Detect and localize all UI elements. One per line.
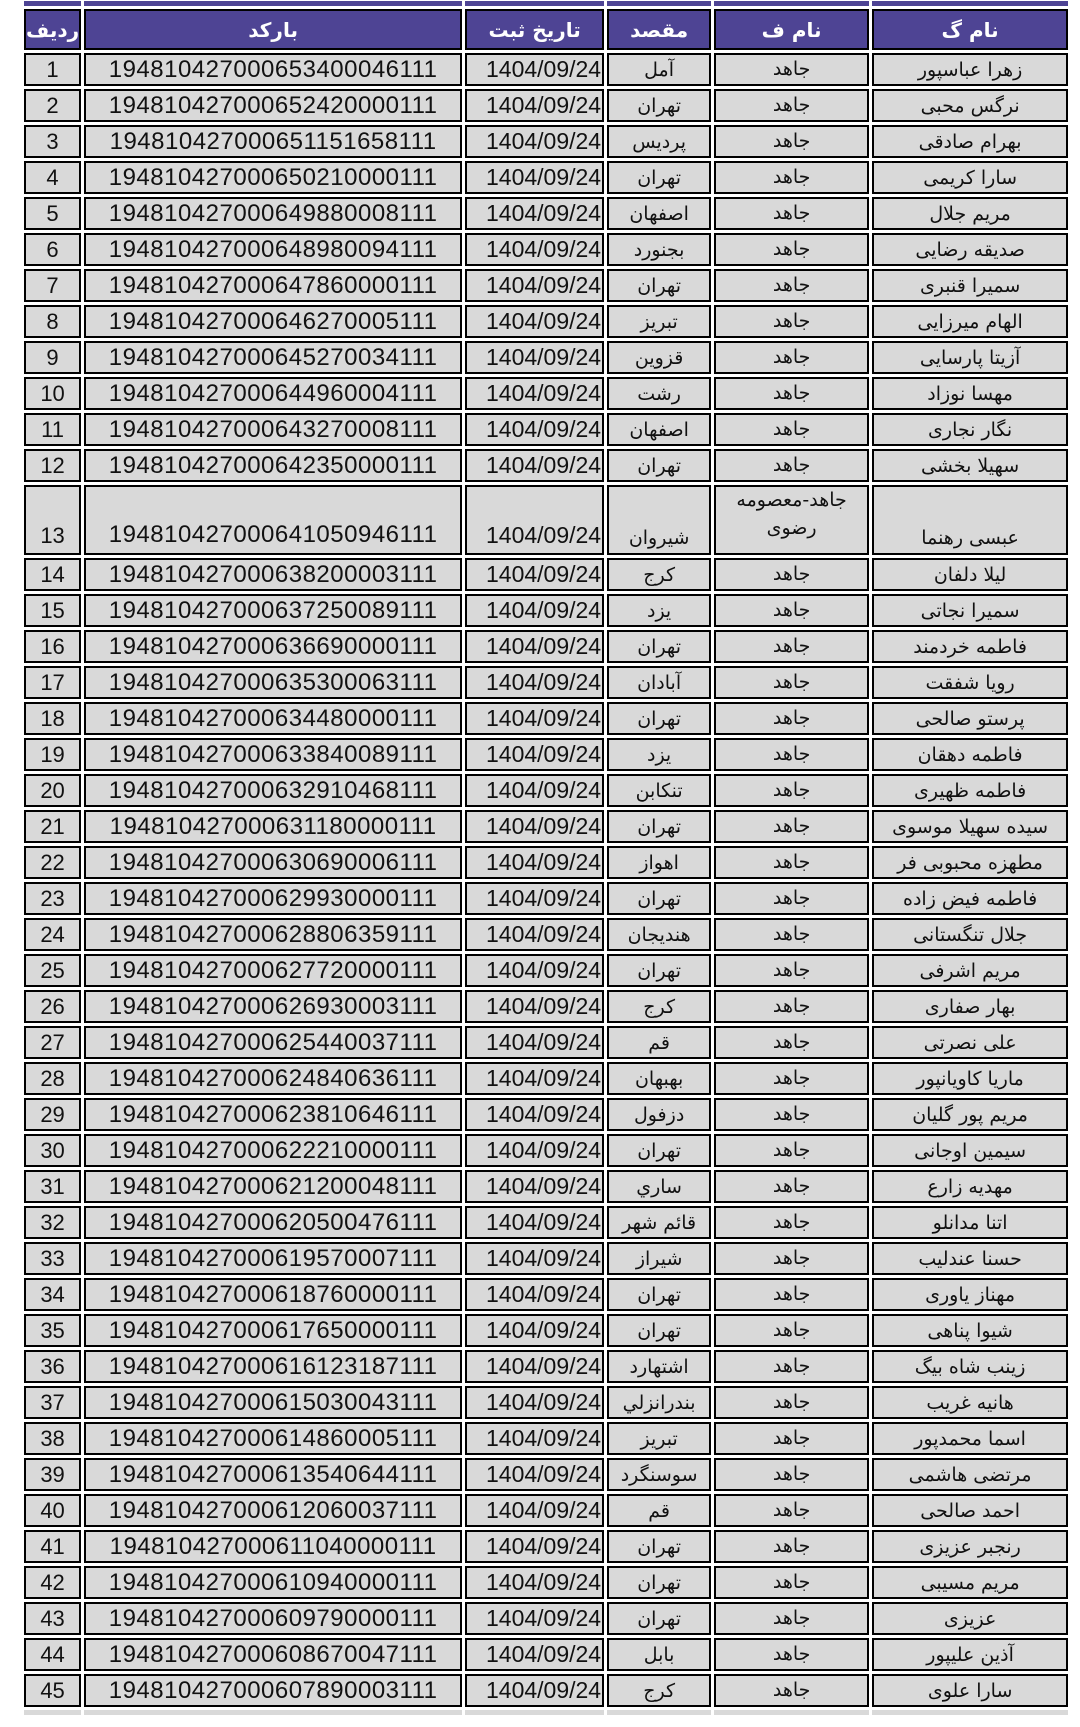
- table-row: 10 194810427000644960004111 1404/09/24 ر…: [24, 377, 1068, 410]
- cell-row-number: 34: [24, 1278, 81, 1311]
- cell-destination: آمل: [607, 53, 711, 86]
- cell-row-number: 14: [24, 558, 81, 591]
- cell-destination: قم: [607, 1026, 711, 1059]
- column-header-first-name: نام ف: [714, 9, 869, 50]
- previous-page-header-cutoff: [24, 1, 1068, 6]
- strip-cell: [24, 1710, 81, 1715]
- cell-first-name: جاهد: [714, 774, 869, 807]
- cell-barcode: 194810427000627720000111: [84, 954, 462, 987]
- cell-destination: تهران: [607, 161, 711, 194]
- strip-cell: [872, 1, 1068, 6]
- cell-destination: اصفهان: [607, 197, 711, 230]
- cell-last-name: زینب شاه بیگ: [872, 1350, 1068, 1383]
- cell-register-date: 1404/09/24: [465, 738, 604, 771]
- cell-row-number: 30: [24, 1134, 81, 1167]
- cell-barcode: 194810427000610940000111: [84, 1566, 462, 1599]
- cell-row-number: 23: [24, 882, 81, 915]
- cell-barcode: 194810427000624840636111: [84, 1062, 462, 1095]
- cell-register-date: 1404/09/24: [465, 666, 604, 699]
- cell-first-name: جاهد: [714, 269, 869, 302]
- table-row: 23 194810427000629930000111 1404/09/24 ت…: [24, 882, 1068, 915]
- cell-register-date: 1404/09/24: [465, 341, 604, 374]
- table-row: 12 194810427000642350000111 1404/09/24 ت…: [24, 449, 1068, 482]
- cell-register-date: 1404/09/24: [465, 1314, 604, 1347]
- cell-barcode: 194810427000637250089111: [84, 594, 462, 627]
- cell-row-number: 44: [24, 1638, 81, 1671]
- cell-first-name: جاهد: [714, 738, 869, 771]
- table-row: 32 194810427000620500476111 1404/09/24 ق…: [24, 1206, 1068, 1239]
- cell-row-number: 6: [24, 233, 81, 266]
- cell-register-date: 1404/09/24: [465, 1386, 604, 1419]
- cell-row-number: 16: [24, 630, 81, 663]
- cell-row-number: 45: [24, 1674, 81, 1707]
- table-row: 40 194810427000612060037111 1404/09/24 ق…: [24, 1494, 1068, 1527]
- cell-destination: ساري: [607, 1170, 711, 1203]
- strip-cell: [872, 1710, 1068, 1715]
- cell-row-number: 11: [24, 413, 81, 446]
- cell-barcode: 194810427000621200048111: [84, 1170, 462, 1203]
- cell-register-date: 1404/09/24: [465, 89, 604, 122]
- cell-first-name: جاهد: [714, 558, 869, 591]
- cell-last-name: ماریا کاویانپور: [872, 1062, 1068, 1095]
- cell-row-number: 25: [24, 954, 81, 987]
- cell-last-name: حسنا عندلیب: [872, 1242, 1068, 1275]
- cell-register-date: 1404/09/24: [465, 1674, 604, 1707]
- cell-destination: تهران: [607, 1530, 711, 1563]
- cell-row-number: 28: [24, 1062, 81, 1095]
- cell-barcode: 194810427000625440037111: [84, 1026, 462, 1059]
- cell-last-name: شیوا پناهی: [872, 1314, 1068, 1347]
- cell-first-name: جاهد: [714, 413, 869, 446]
- cell-row-number: 3: [24, 125, 81, 158]
- cell-last-name: بهرام صادقی: [872, 125, 1068, 158]
- cell-first-name: جاهد: [714, 341, 869, 374]
- cell-row-number: 42: [24, 1566, 81, 1599]
- cell-first-name: جاهد: [714, 810, 869, 843]
- table-row: 9 194810427000645270034111 1404/09/24 قز…: [24, 341, 1068, 374]
- table-row: 24 194810427000628806359111 1404/09/24 ه…: [24, 918, 1068, 951]
- table-row: 5 194810427000649880008111 1404/09/24 اص…: [24, 197, 1068, 230]
- table-row: 3 194810427000651151658111 1404/09/24 پر…: [24, 125, 1068, 158]
- cell-register-date: 1404/09/24: [465, 1602, 604, 1635]
- cell-barcode: 194810427000647860000111: [84, 269, 462, 302]
- table-row: 44 194810427000608670047111 1404/09/24 ب…: [24, 1638, 1068, 1671]
- cell-register-date: 1404/09/24: [465, 918, 604, 951]
- cell-last-name: مرتضی هاشمی: [872, 1458, 1068, 1491]
- table-row: 28 194810427000624840636111 1404/09/24 ب…: [24, 1062, 1068, 1095]
- column-header-row-number: ردیف: [24, 9, 81, 50]
- cell-barcode: 194810427000648980094111: [84, 233, 462, 266]
- cell-destination: قم: [607, 1494, 711, 1527]
- cell-row-number: 9: [24, 341, 81, 374]
- cell-register-date: 1404/09/24: [465, 125, 604, 158]
- cell-barcode: 194810427000615030043111: [84, 1386, 462, 1419]
- cell-destination: تهران: [607, 89, 711, 122]
- table-row: 18 194810427000634480000111 1404/09/24 ت…: [24, 702, 1068, 735]
- cell-first-name: جاهد: [714, 594, 869, 627]
- cell-barcode: 194810427000633840089111: [84, 738, 462, 771]
- cell-register-date: 1404/09/24: [465, 1566, 604, 1599]
- cell-register-date: 1404/09/24: [465, 1026, 604, 1059]
- cell-last-name: سارا کریمی: [872, 161, 1068, 194]
- cell-destination: کرج: [607, 1674, 711, 1707]
- cell-destination: شیراز: [607, 1242, 711, 1275]
- table-row: 43 194810427000609790000111 1404/09/24 ت…: [24, 1602, 1068, 1635]
- cell-last-name: مریم جلال: [872, 197, 1068, 230]
- cell-destination: کرج: [607, 558, 711, 591]
- cell-first-name: جاهد: [714, 666, 869, 699]
- cell-register-date: 1404/09/24: [465, 377, 604, 410]
- cell-last-name: مهناز یاوری: [872, 1278, 1068, 1311]
- table-row: 33 194810427000619570007111 1404/09/24 ش…: [24, 1242, 1068, 1275]
- cell-row-number: 20: [24, 774, 81, 807]
- cell-first-name: جاهد: [714, 1530, 869, 1563]
- cell-last-name: سمیرا نجاتی: [872, 594, 1068, 627]
- cell-row-number: 38: [24, 1422, 81, 1455]
- cell-destination: تهران: [607, 1134, 711, 1167]
- cell-register-date: 1404/09/24: [465, 1422, 604, 1455]
- cell-last-name: سهیلا بخشی: [872, 449, 1068, 482]
- cell-first-name: جاهد: [714, 305, 869, 338]
- next-row-cutoff: [24, 1710, 1068, 1715]
- shipments-table: ردیف بارکد تاریخ ثبت مقصد نام ف نام گ 1 …: [21, 0, 1071, 1718]
- cell-destination: تهران: [607, 1278, 711, 1311]
- cell-destination: اشتهارد: [607, 1350, 711, 1383]
- cell-last-name: سمیرا قنبری: [872, 269, 1068, 302]
- cell-row-number: 36: [24, 1350, 81, 1383]
- cell-destination: اصفهان: [607, 413, 711, 446]
- table-row: 21 194810427000631180000111 1404/09/24 ت…: [24, 810, 1068, 843]
- cell-barcode: 194810427000609790000111: [84, 1602, 462, 1635]
- cell-register-date: 1404/09/24: [465, 630, 604, 663]
- cell-barcode: 194810427000612060037111: [84, 1494, 462, 1527]
- cell-destination: بابل: [607, 1638, 711, 1671]
- column-header-last-name: نام گ: [872, 9, 1068, 50]
- cell-barcode: 194810427000607890003111: [84, 1674, 462, 1707]
- cell-barcode: 194810427000620500476111: [84, 1206, 462, 1239]
- cell-last-name: مریم مسیبی: [872, 1566, 1068, 1599]
- cell-destination: سوسنگرد: [607, 1458, 711, 1491]
- cell-first-name: جاهد: [714, 161, 869, 194]
- cell-last-name: صدیقه رضایی: [872, 233, 1068, 266]
- cell-row-number: 31: [24, 1170, 81, 1203]
- cell-row-number: 40: [24, 1494, 81, 1527]
- header-row: ردیف بارکد تاریخ ثبت مقصد نام ف نام گ: [24, 9, 1068, 50]
- cell-row-number: 21: [24, 810, 81, 843]
- cell-row-number: 32: [24, 1206, 81, 1239]
- cell-register-date: 1404/09/24: [465, 1242, 604, 1275]
- cell-destination: تبریز: [607, 1422, 711, 1455]
- cell-first-name: جاهد: [714, 233, 869, 266]
- cell-row-number: 12: [24, 449, 81, 482]
- cell-row-number: 41: [24, 1530, 81, 1563]
- table-row: 7 194810427000647860000111 1404/09/24 ته…: [24, 269, 1068, 302]
- cell-destination: تهران: [607, 630, 711, 663]
- cell-register-date: 1404/09/24: [465, 1098, 604, 1131]
- cell-first-name: جاهد: [714, 954, 869, 987]
- cell-first-name: جاهد: [714, 1386, 869, 1419]
- table-row: 19 194810427000633840089111 1404/09/24 ی…: [24, 738, 1068, 771]
- cell-barcode: 194810427000614860005111: [84, 1422, 462, 1455]
- cell-last-name: نگار نجاری: [872, 413, 1068, 446]
- cell-first-name: جاهد: [714, 449, 869, 482]
- cell-first-name: جاهد: [714, 1566, 869, 1599]
- cell-barcode: 194810427000653400046111: [84, 53, 462, 86]
- table-row: 26 194810427000626930003111 1404/09/24 ک…: [24, 990, 1068, 1023]
- cell-destination: هندیجان: [607, 918, 711, 951]
- cell-first-name: جاهد: [714, 1314, 869, 1347]
- cell-row-number: 19: [24, 738, 81, 771]
- strip-cell: [607, 1710, 711, 1715]
- cell-last-name: سیمین اوجانی: [872, 1134, 1068, 1167]
- cell-register-date: 1404/09/24: [465, 774, 604, 807]
- cell-register-date: 1404/09/24: [465, 1350, 604, 1383]
- cell-row-number: 17: [24, 666, 81, 699]
- cell-destination: آبادان: [607, 666, 711, 699]
- cell-destination: تهران: [607, 1602, 711, 1635]
- cell-barcode: 194810427000652420000111: [84, 89, 462, 122]
- cell-first-name: جاهد: [714, 1494, 869, 1527]
- cell-row-number: 24: [24, 918, 81, 951]
- cell-first-name: جاهد: [714, 1638, 869, 1671]
- cell-row-number: 18: [24, 702, 81, 735]
- cell-barcode: 194810427000630690006111: [84, 846, 462, 879]
- cell-first-name: جاهد: [714, 1602, 869, 1635]
- table-row: 36 194810427000616123187111 1404/09/24 ا…: [24, 1350, 1068, 1383]
- cell-register-date: 1404/09/24: [465, 810, 604, 843]
- cell-last-name: نرگس محبی: [872, 89, 1068, 122]
- cell-last-name: مهدیه زارع: [872, 1170, 1068, 1203]
- cell-barcode: 194810427000645270034111: [84, 341, 462, 374]
- cell-first-name: جاهد: [714, 1458, 869, 1491]
- cell-register-date: 1404/09/24: [465, 413, 604, 446]
- cell-register-date: 1404/09/24: [465, 1278, 604, 1311]
- table-row: 2 194810427000652420000111 1404/09/24 ته…: [24, 89, 1068, 122]
- table-row: 35 194810427000617650000111 1404/09/24 ت…: [24, 1314, 1068, 1347]
- cell-destination: تبریز: [607, 305, 711, 338]
- column-header-destination: مقصد: [607, 9, 711, 50]
- cell-first-name: جاهد: [714, 1422, 869, 1455]
- cell-register-date: 1404/09/24: [465, 233, 604, 266]
- cell-register-date: 1404/09/24: [465, 990, 604, 1023]
- cell-barcode: 194810427000650210000111: [84, 161, 462, 194]
- cell-last-name: الهام میرزایی: [872, 305, 1068, 338]
- cell-destination: اهواز: [607, 846, 711, 879]
- cell-row-number: 22: [24, 846, 81, 879]
- table-row: 41 194810427000611040000111 1404/09/24 ت…: [24, 1530, 1068, 1563]
- cell-last-name: پرستو صالحی: [872, 702, 1068, 735]
- cell-barcode: 194810427000626930003111: [84, 990, 462, 1023]
- cell-first-name: جاهد: [714, 918, 869, 951]
- cell-register-date: 1404/09/24: [465, 558, 604, 591]
- cell-last-name: اتنا مدانلو: [872, 1206, 1068, 1239]
- strip-cell: [714, 1710, 869, 1715]
- cell-destination: تهران: [607, 810, 711, 843]
- cell-register-date: 1404/09/24: [465, 846, 604, 879]
- cell-destination: قزوین: [607, 341, 711, 374]
- table-body: 1 194810427000653400046111 1404/09/24 آم…: [24, 53, 1068, 1707]
- cell-row-number: 13: [24, 485, 81, 555]
- table-row: 14 194810427000638200003111 1404/09/24 ک…: [24, 558, 1068, 591]
- cell-register-date: 1404/09/24: [465, 1206, 604, 1239]
- cell-destination: تهران: [607, 1314, 711, 1347]
- cell-register-date: 1404/09/24: [465, 197, 604, 230]
- cell-barcode: 194810427000629930000111: [84, 882, 462, 915]
- cell-last-name: مهسا نوزاد: [872, 377, 1068, 410]
- cell-destination: تهران: [607, 882, 711, 915]
- cell-last-name: احمد صالحی: [872, 1494, 1068, 1527]
- cell-first-name: جاهد: [714, 1674, 869, 1707]
- cell-last-name: فاطمه ظهیری: [872, 774, 1068, 807]
- cell-register-date: 1404/09/24: [465, 954, 604, 987]
- cell-last-name: زهرا عباسپور: [872, 53, 1068, 86]
- cell-destination: بجنورد: [607, 233, 711, 266]
- cell-destination: کرج: [607, 990, 711, 1023]
- table-row: 45 194810427000607890003111 1404/09/24 ک…: [24, 1674, 1068, 1707]
- cell-destination: تهران: [607, 449, 711, 482]
- cell-register-date: 1404/09/24: [465, 53, 604, 86]
- cell-register-date: 1404/09/24: [465, 1458, 604, 1491]
- cell-first-name: جاهد: [714, 1278, 869, 1311]
- cell-last-name: اسما محمدپور: [872, 1422, 1068, 1455]
- cell-barcode: 194810427000617650000111: [84, 1314, 462, 1347]
- cell-destination: یزد: [607, 594, 711, 627]
- cell-first-name: جاهد: [714, 53, 869, 86]
- cell-first-name: جاهد: [714, 1242, 869, 1275]
- cell-row-number: 15: [24, 594, 81, 627]
- cell-barcode: 194810427000628806359111: [84, 918, 462, 951]
- cell-last-name: مطهزه محبوبی فر: [872, 846, 1068, 879]
- table-row: 30 194810427000622210000111 1404/09/24 ت…: [24, 1134, 1068, 1167]
- table-row: 34 194810427000618760000111 1404/09/24 ت…: [24, 1278, 1068, 1311]
- cell-barcode: 194810427000611040000111: [84, 1530, 462, 1563]
- strip-cell: [465, 1710, 604, 1715]
- cell-register-date: 1404/09/24: [465, 269, 604, 302]
- cell-barcode: 194810427000636690000111: [84, 630, 462, 663]
- cell-barcode: 194810427000613540644111: [84, 1458, 462, 1491]
- cell-last-name: علی نصرتی: [872, 1026, 1068, 1059]
- cell-register-date: 1404/09/24: [465, 1530, 604, 1563]
- cell-first-name: جاهد: [714, 882, 869, 915]
- cell-barcode: 194810427000634480000111: [84, 702, 462, 735]
- cell-row-number: 27: [24, 1026, 81, 1059]
- cell-first-name: جاهد: [714, 1170, 869, 1203]
- cell-last-name: آزیتا پارسایی: [872, 341, 1068, 374]
- cell-first-name: جاهد: [714, 377, 869, 410]
- cell-last-name: سیده سهیلا موسوی: [872, 810, 1068, 843]
- cell-row-number: 10: [24, 377, 81, 410]
- strip-cell: [465, 1, 604, 6]
- cell-first-name: جاهد-معصومه رضوی: [714, 485, 869, 555]
- table-row: 31 194810427000621200048111 1404/09/24 س…: [24, 1170, 1068, 1203]
- table-row: 22 194810427000630690006111 1404/09/24 ا…: [24, 846, 1068, 879]
- cell-barcode: 194810427000643270008111: [84, 413, 462, 446]
- cell-barcode: 194810427000635300063111: [84, 666, 462, 699]
- cell-register-date: 1404/09/24: [465, 1494, 604, 1527]
- strip-cell: [84, 1710, 462, 1715]
- cell-destination: تنکابن: [607, 774, 711, 807]
- cell-destination: دزفول: [607, 1098, 711, 1131]
- cell-last-name: آذین علیپور: [872, 1638, 1068, 1671]
- table-row: 17 194810427000635300063111 1404/09/24 آ…: [24, 666, 1068, 699]
- cell-barcode: 194810427000644960004111: [84, 377, 462, 410]
- cell-last-name: لیلا دلفان: [872, 558, 1068, 591]
- cell-last-name: بهار صفاری: [872, 990, 1068, 1023]
- table-row: 37 194810427000615030043111 1404/09/24 ب…: [24, 1386, 1068, 1419]
- cell-last-name: مریم اشرفی: [872, 954, 1068, 987]
- table-row: 29 194810427000623810646111 1404/09/24 د…: [24, 1098, 1068, 1131]
- cell-row-number: 43: [24, 1602, 81, 1635]
- strip-cell: [607, 1, 711, 6]
- strip-cell: [84, 1, 462, 6]
- cell-row-number: 39: [24, 1458, 81, 1491]
- cell-first-name: جاهد: [714, 1350, 869, 1383]
- cell-first-name: جاهد: [714, 89, 869, 122]
- cell-first-name: جاهد: [714, 702, 869, 735]
- cell-last-name: عبسی رهنما: [872, 485, 1068, 555]
- cell-last-name: رنجبر عزیزی: [872, 1530, 1068, 1563]
- cell-register-date: 1404/09/24: [465, 1134, 604, 1167]
- cell-register-date: 1404/09/24: [465, 161, 604, 194]
- cell-barcode: 194810427000623810646111: [84, 1098, 462, 1131]
- cell-destination: رشت: [607, 377, 711, 410]
- cell-destination: یزد: [607, 738, 711, 771]
- cell-last-name: هانیه غریب: [872, 1386, 1068, 1419]
- table-row: 38 194810427000614860005111 1404/09/24 ت…: [24, 1422, 1068, 1455]
- cell-row-number: 7: [24, 269, 81, 302]
- cell-row-number: 26: [24, 990, 81, 1023]
- cell-destination: شیروان: [607, 485, 711, 555]
- cell-row-number: 35: [24, 1314, 81, 1347]
- cell-last-name: مریم پور گلیان: [872, 1098, 1068, 1131]
- table-row: 20 194810427000632910468111 1404/09/24 ت…: [24, 774, 1068, 807]
- strip-cell: [714, 1, 869, 6]
- table-row: 39 194810427000613540644111 1404/09/24 س…: [24, 1458, 1068, 1491]
- cell-destination: بهبهان: [607, 1062, 711, 1095]
- cell-row-number: 4: [24, 161, 81, 194]
- cell-destination: تهران: [607, 269, 711, 302]
- cell-destination: تهران: [607, 1566, 711, 1599]
- cell-row-number: 37: [24, 1386, 81, 1419]
- cell-register-date: 1404/09/24: [465, 1170, 604, 1203]
- cell-register-date: 1404/09/24: [465, 594, 604, 627]
- cell-first-name: جاهد: [714, 1134, 869, 1167]
- cell-barcode: 194810427000616123187111: [84, 1350, 462, 1383]
- cell-first-name: جاهد: [714, 1206, 869, 1239]
- table-row: 8 194810427000646270005111 1404/09/24 تب…: [24, 305, 1068, 338]
- cell-barcode: 194810427000618760000111: [84, 1278, 462, 1311]
- column-header-barcode: بارکد: [84, 9, 462, 50]
- cell-barcode: 194810427000642350000111: [84, 449, 462, 482]
- cell-last-name: فاطمه فیض زاده: [872, 882, 1068, 915]
- cell-first-name: جاهد: [714, 846, 869, 879]
- table-row: 1 194810427000653400046111 1404/09/24 آم…: [24, 53, 1068, 86]
- cell-register-date: 1404/09/24: [465, 882, 604, 915]
- cell-register-date: 1404/09/24: [465, 1062, 604, 1095]
- cell-row-number: 33: [24, 1242, 81, 1275]
- cell-register-date: 1404/09/24: [465, 485, 604, 555]
- cell-destination: تهران: [607, 954, 711, 987]
- strip-cell: [24, 1, 81, 6]
- cell-barcode: 194810427000651151658111: [84, 125, 462, 158]
- table-row: 4 194810427000650210000111 1404/09/24 ته…: [24, 161, 1068, 194]
- cell-register-date: 1404/09/24: [465, 1638, 604, 1671]
- cell-barcode: 194810427000622210000111: [84, 1134, 462, 1167]
- cell-first-name: جاهد: [714, 125, 869, 158]
- table-row: 16 194810427000636690000111 1404/09/24 ت…: [24, 630, 1068, 663]
- table-row: 15 194810427000637250089111 1404/09/24 ی…: [24, 594, 1068, 627]
- cell-row-number: 8: [24, 305, 81, 338]
